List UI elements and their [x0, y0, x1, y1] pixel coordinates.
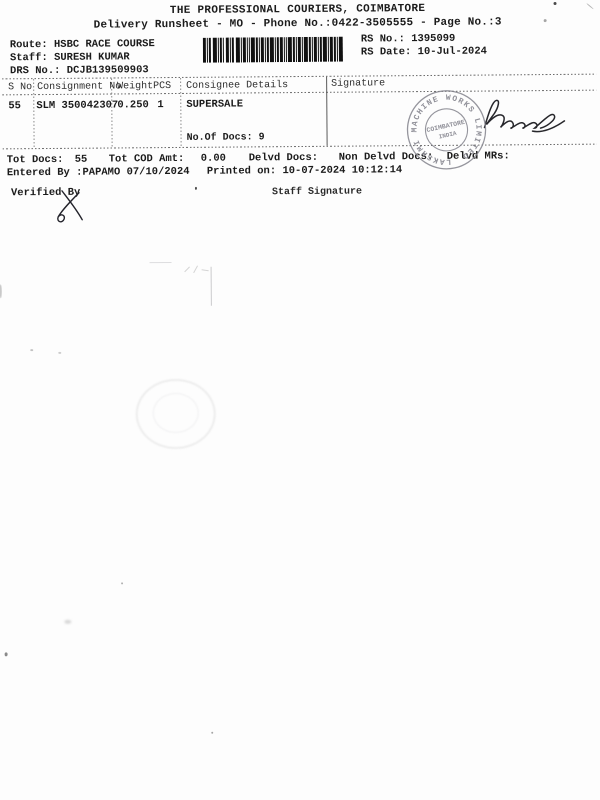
stamp-center-bottom: INDIA: [438, 130, 457, 141]
staff-line: Staff: SURESH KUMAR: [10, 51, 130, 64]
runsheet-document: THE PROFESSIONAL COURIERS, COIMBATORE De…: [0, 0, 600, 800]
scanned-runsheet-page: THE PROFESSIONAL COURIERS, COIMBATORE De…: [0, 0, 600, 800]
rs-date-value: 10-Jul-2024: [418, 46, 487, 59]
staff-signature-label: Staff Signature: [272, 187, 362, 199]
scan-speck: [211, 732, 213, 734]
cell-consignment: SLM 350042307: [36, 99, 118, 112]
page-subtitle: Delivery Runsheet - MO - Phone No.:0422-…: [0, 16, 598, 33]
company-stamp: LAKSHMI MACHINE WORKS LIMITED COIMBATORE…: [404, 88, 489, 173]
no-of-docs: No.Of Docs: 9: [187, 132, 265, 144]
route-label: Route:: [10, 39, 48, 51]
scan-artifact-scribble: [182, 263, 216, 277]
column-divider: [180, 78, 182, 147]
drs-label: DRS No.:: [10, 65, 61, 77]
scan-speck: [121, 582, 123, 584]
tot-docs-value: 55: [75, 154, 88, 166]
staff-label: Staff:: [10, 52, 48, 64]
scan-artifact-dash: [150, 262, 172, 263]
route-line: Route: HSBC RACE COURSE: [10, 38, 155, 51]
printed-on: Printed on: 10-07-2024 10:12:14: [207, 164, 402, 178]
entered-by: Entered By :PAPAMO 07/10/2024: [7, 166, 190, 179]
scan-speck: [5, 652, 8, 656]
column-divider: [326, 77, 328, 146]
col-header-consignment: Consignment No: [37, 81, 121, 93]
tot-cod-label: Tot COD Amt:: [109, 153, 185, 166]
scan-speck: [30, 349, 33, 351]
scan-artifact-stamp-ghost-inner: [153, 393, 199, 433]
column-divider: [33, 79, 35, 148]
col-header-sno: S No: [8, 82, 32, 93]
divider: [3, 144, 597, 150]
rs-date-label: RS Date:: [361, 46, 412, 58]
scan-speck: [64, 620, 71, 624]
drs-line: DRS No.: DCJB139509903: [10, 64, 149, 77]
col-header-consignee: Consignee Details: [186, 80, 288, 92]
rs-no-label: RS No.:: [361, 33, 405, 45]
cell-weight: 0.250: [117, 99, 149, 111]
rs-date-line: RS Date: 10-Jul-2024: [361, 46, 487, 59]
receiver-signature: [476, 95, 568, 138]
rs-no-line: RS No.: 1395099: [361, 33, 456, 46]
tot-docs-label: Tot Docs:: [7, 154, 64, 166]
scan-speck: [58, 352, 61, 354]
scan-speck: [544, 19, 547, 22]
scan-speck: [195, 187, 197, 190]
scan-speck: [554, 2, 557, 5]
col-header-signature: Signature: [331, 78, 385, 89]
cell-sno: 55: [8, 100, 21, 112]
cell-pcs: 1: [157, 99, 163, 111]
cell-consignee: SUPERSALE: [186, 98, 243, 110]
tot-cod-value: 0.00: [201, 153, 226, 165]
staff-value: SURESH KUMAR: [54, 51, 130, 64]
drs-value: DCJB139509903: [67, 64, 149, 77]
barcode-icon: [203, 37, 343, 63]
svg-text:LAKSHMI MACHINE WORKS LIMITED: LAKSHMI MACHINE WORKS LIMITED: [404, 88, 489, 173]
stamp-ring-text: LAKSHMI MACHINE WORKS LIMITED: [404, 88, 489, 173]
col-header-weight: Weight: [117, 81, 153, 92]
col-header-pcs: PCS: [153, 81, 171, 92]
delvd-docs-label: Delvd Docs:: [249, 152, 318, 165]
scan-speck: [0, 284, 2, 298]
route-value: HSBC RACE COURSE: [54, 38, 155, 51]
rs-no-value: 1395099: [411, 33, 455, 45]
verified-by-mark: [51, 188, 95, 226]
